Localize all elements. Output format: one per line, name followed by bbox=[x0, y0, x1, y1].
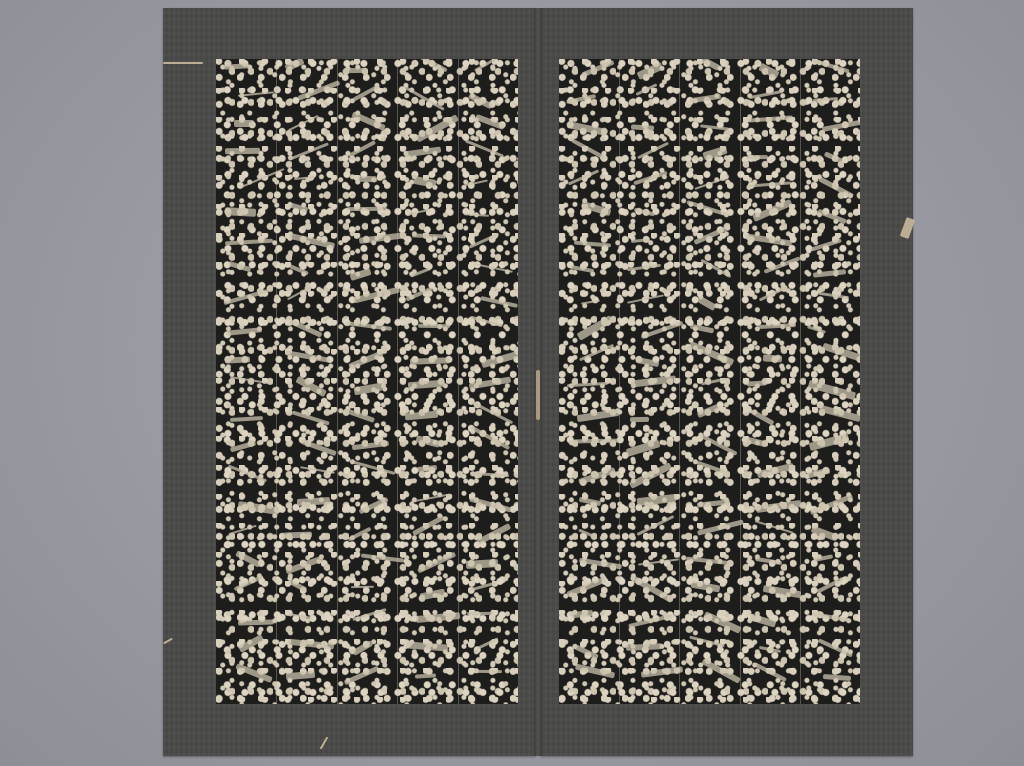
inscription-column bbox=[216, 59, 277, 704]
inscription-column bbox=[397, 59, 458, 704]
inscription-column bbox=[679, 59, 740, 704]
gutter-tear bbox=[536, 370, 540, 420]
inscription-column bbox=[559, 59, 620, 704]
inscription-column bbox=[276, 59, 337, 704]
inscription-column bbox=[740, 59, 801, 704]
inscription-column bbox=[800, 59, 860, 704]
inscription-column bbox=[619, 59, 680, 704]
rubbing-panel-right bbox=[559, 59, 860, 704]
rubbing-panel-left bbox=[216, 59, 518, 704]
inscription-column bbox=[458, 59, 518, 704]
paper-damage bbox=[163, 62, 203, 64]
inscription-column bbox=[337, 59, 398, 704]
